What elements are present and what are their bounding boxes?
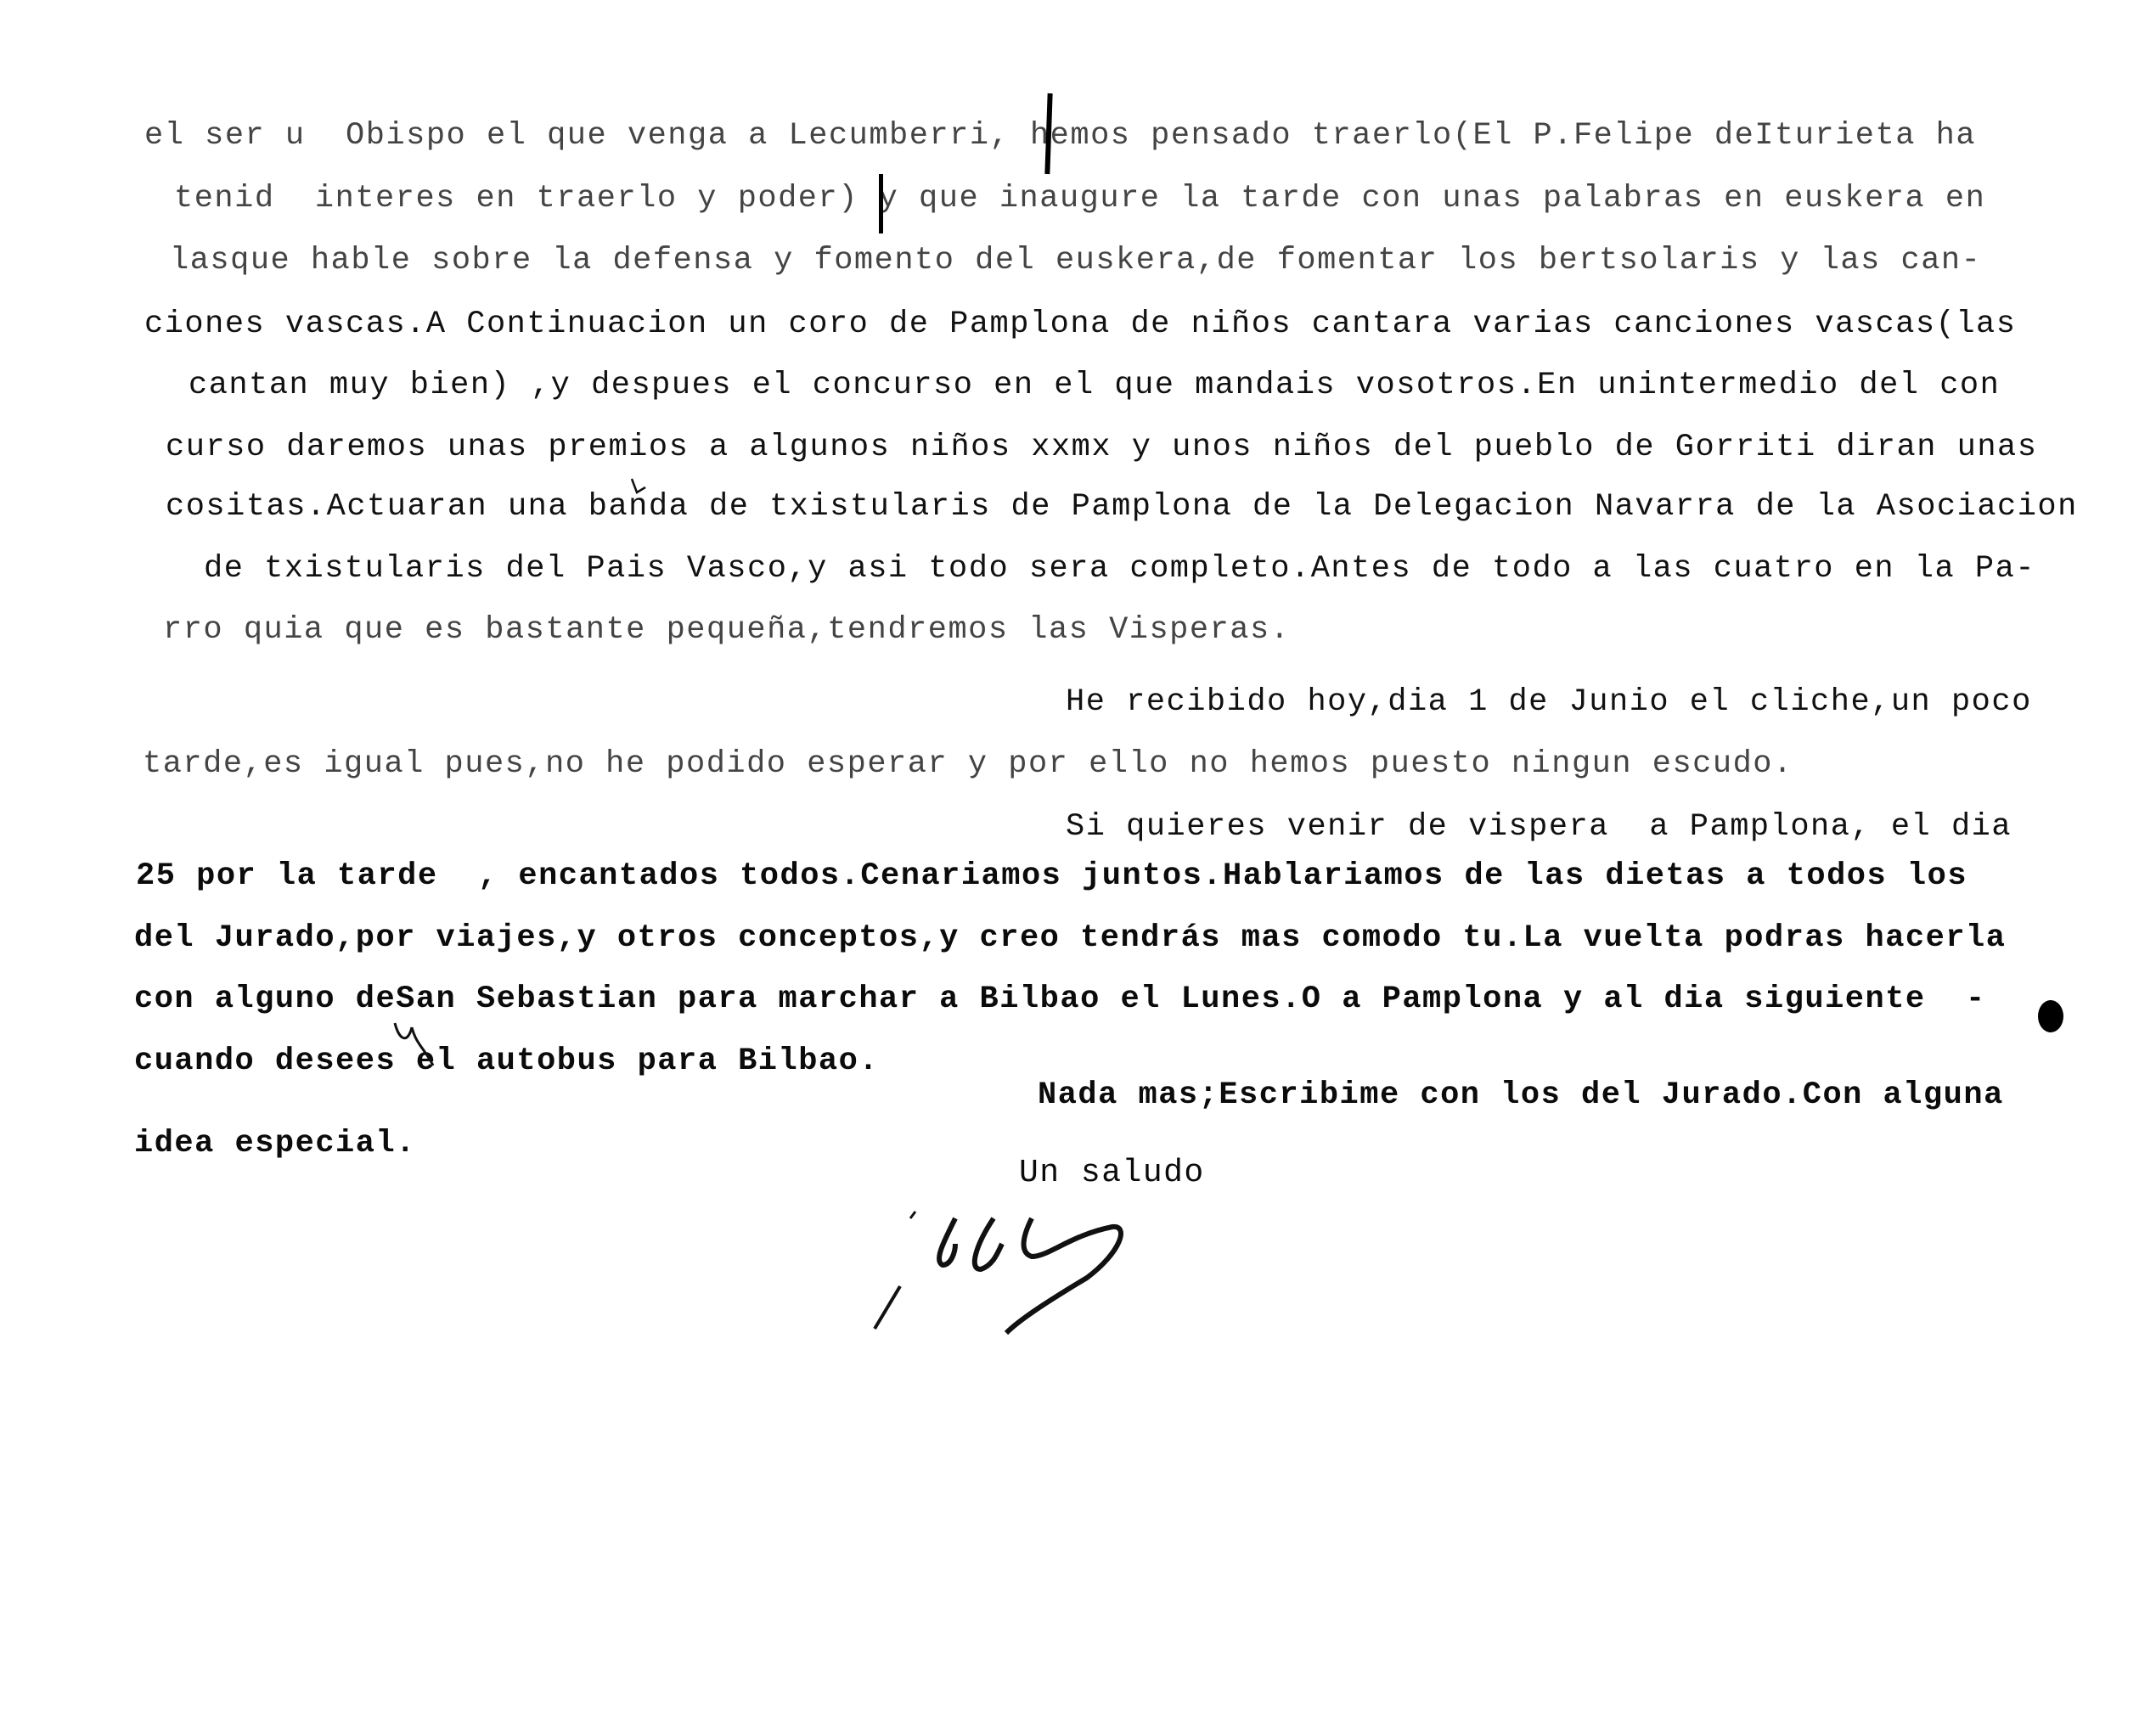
letter-line-10: He recibido hoy,dia 1 de Junio el cliche… <box>1066 683 2032 721</box>
letter-line-16: cuando desees el autobus para Bilbao. <box>134 1043 879 1080</box>
signature <box>858 1193 1172 1337</box>
letter-line-13: 25 por la tarde , encantados todos.Cenar… <box>136 858 1967 895</box>
letter-line-2: tenid interes en traerlo y poder) y que … <box>174 180 1985 217</box>
letter-line-7: cositas.Actuaran una banda de txistulari… <box>166 488 2078 526</box>
letter-line-4: ciones vascas.A Continuacion un coro de … <box>144 306 2016 343</box>
letter-line-5: cantan muy bien) ,y despues el concurso … <box>189 367 2000 404</box>
letter-line-12: Si quieres venir de vispera a Pamplona, … <box>1066 808 2012 846</box>
ink-blot <box>2038 1000 2063 1032</box>
letter-line-18: idea especial. <box>134 1125 416 1162</box>
letter-line-1: el ser u Obispo el que venga a Lecumberr… <box>144 117 1976 155</box>
letter-line-14: del Jurado,por viajes,y otros conceptos,… <box>134 919 2006 957</box>
closing-salutation: Un saludo <box>1019 1155 1205 1192</box>
letter-line-6: curso daremos unas premios a algunos niñ… <box>166 429 2037 466</box>
letter-line-8: de txistularis del Pais Vasco,y asi todo… <box>204 550 2035 588</box>
letter-line-11: tarde,es igual pues,no he podido esperar… <box>143 745 1793 783</box>
handwritten-annotation-mark <box>391 1015 442 1074</box>
letter-line-17: Nada mas;Escribime con los del Jurado.Co… <box>1038 1077 2004 1114</box>
letter-line-15: con alguno deSan Sebastian para marchar … <box>134 981 1986 1018</box>
scanned-letter-page: el ser u Obispo el que venga a Lecumberr… <box>0 0 2156 1732</box>
handwritten-insert-mark <box>879 174 883 233</box>
letter-line-9: rro quia que es bastante pequeña,tendrem… <box>163 611 1290 649</box>
letter-line-3: lasque hable sobre la defensa y fomento … <box>170 242 1981 279</box>
handwritten-caret-mark <box>628 475 654 501</box>
